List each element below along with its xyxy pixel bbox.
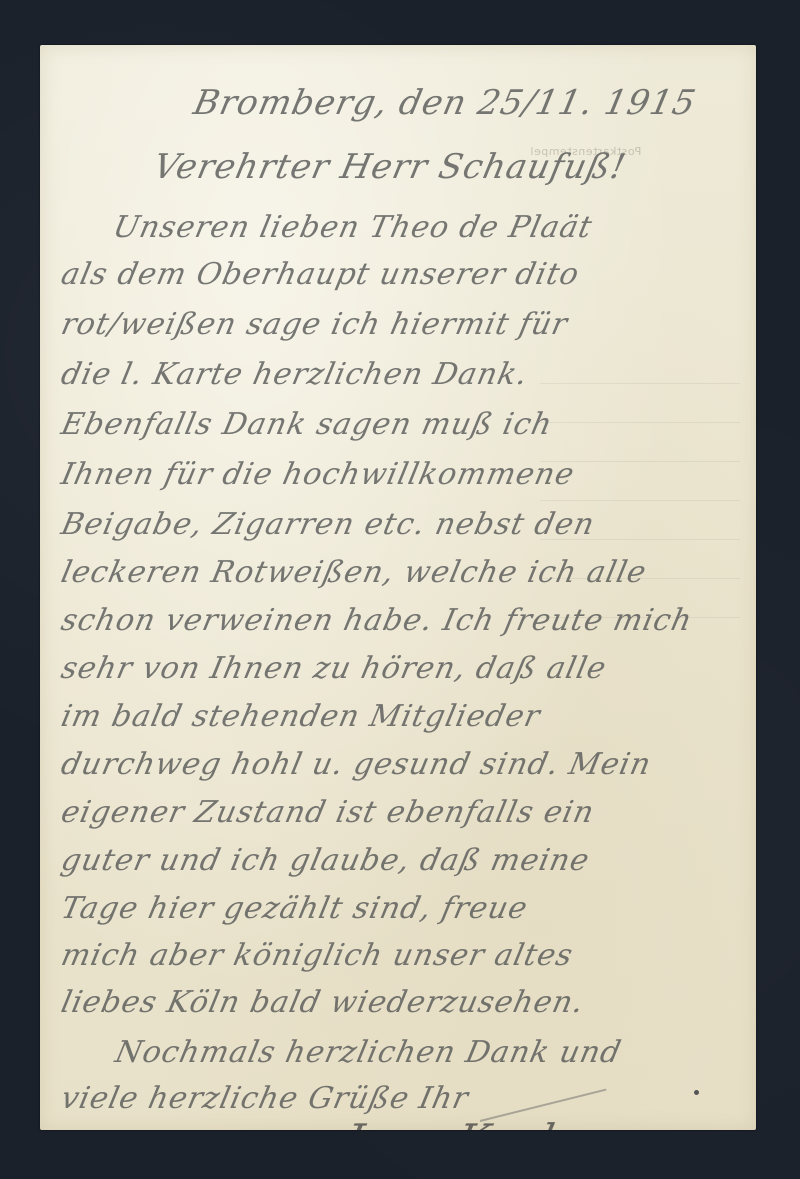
letter-line: Tage hier gezählt sind, freue bbox=[58, 891, 531, 926]
letter-line: Unseren lieben Theo de Plaät bbox=[110, 210, 596, 245]
letter-line: schon verweinen habe. Ich freute mich bbox=[58, 603, 696, 638]
letter-line: Nochmals herzlichen Dank und bbox=[112, 1035, 625, 1070]
letter-line: die l. Karte herzlichen Dank. bbox=[58, 357, 531, 392]
letter-line: Beigabe, Zigarren etc. nebst den bbox=[58, 507, 598, 542]
letter-line: Ihnen für die hochwillkommene bbox=[58, 457, 578, 492]
letter-line: Ebenfalls Dank sagen muß ich bbox=[58, 407, 556, 442]
letter-line: sehr von Ihnen zu hören, daß alle bbox=[58, 651, 610, 686]
show-through-lines bbox=[540, 345, 740, 645]
letter-line: viele herzliche Grüße Ihr bbox=[58, 1081, 472, 1116]
letter-line: als dem Oberhaupt unserer dito bbox=[58, 257, 583, 292]
letter-line: leckeren Rotweißen, welche ich alle bbox=[58, 555, 650, 590]
letter-line: rot/weißen sage ich hiermit für bbox=[58, 307, 571, 342]
signature: Jean Koch bbox=[340, 1115, 573, 1130]
letter-line: durchweg hohl u. gesund sind. Mein bbox=[58, 747, 655, 782]
salutation: Verehrter Herr Schaufuß! bbox=[150, 147, 630, 187]
place-date: Bromberg, den 25/11. 1915 bbox=[190, 83, 700, 123]
letter-line: guter und ich glaube, daß meine bbox=[58, 843, 593, 878]
letter-line: liebes Köln bald wiederzusehen. bbox=[58, 985, 587, 1020]
letter-line: im bald stehenden Mitglieder bbox=[58, 699, 544, 734]
letter-line: mich aber königlich unser altes bbox=[58, 938, 576, 973]
postcard: Postkartenstempel Bromberg, den 25/11. 1… bbox=[40, 45, 756, 1130]
letter-line: eigener Zustand ist ebenfalls ein bbox=[58, 795, 598, 830]
ink-dot bbox=[694, 1090, 699, 1095]
